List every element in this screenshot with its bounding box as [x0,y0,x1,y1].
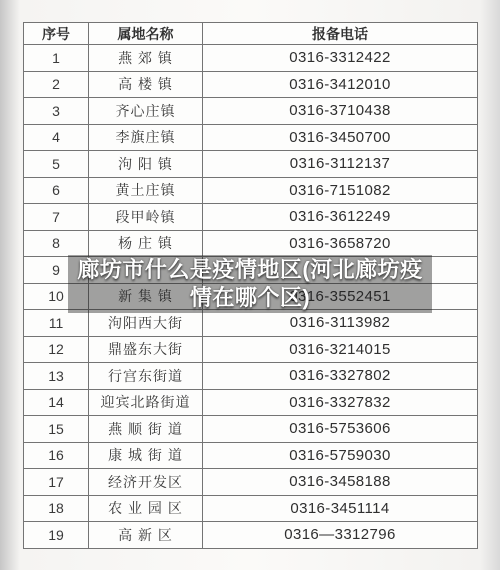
report-phone-cell: 0316-5753606 [203,416,478,443]
report-phone-cell: 0316-5759030 [203,442,478,469]
serial-number-cell: 4 [24,124,89,151]
serial-number-cell: 18 [24,495,89,522]
territory-name-cell: 鼎盛东大街 [89,336,203,363]
serial-number-cell: 13 [24,363,89,390]
territory-name-cell: 迎宾北路街道 [89,389,203,416]
table-row: 18农 业 园 区0316-3451114 [24,495,478,522]
serial-number-cell: 2 [24,71,89,98]
territory-name-cell: 泃阳西大街 [89,310,203,337]
serial-number-cell: 19 [24,522,89,549]
report-phone-cell: 0316-7151082 [203,177,478,204]
table-row: 17经济开发区0316-3458188 [24,469,478,496]
territory-name-cell: 行宫东街道 [89,363,203,390]
territory-name-cell: 康 城 街 道 [89,442,203,469]
serial-number-cell: 8 [24,230,89,257]
serial-number-cell: 5 [24,151,89,178]
serial-number-cell: 1 [24,45,89,72]
serial-number-cell: 7 [24,204,89,231]
territory-name-cell: 高 楼 镇 [89,71,203,98]
table-row: 14迎宾北路街道0316-3327832 [24,389,478,416]
territory-name-cell: 高 新 区 [89,522,203,549]
serial-number-cell: 17 [24,469,89,496]
serial-number-cell: 12 [24,336,89,363]
serial-number-cell: 3 [24,98,89,125]
report-phone-cell: 0316-3412010 [203,71,478,98]
table-row: 1燕 郊 镇0316-3312422 [24,45,478,72]
report-phone-cell: 0316-3327832 [203,389,478,416]
serial-number-cell: 6 [24,177,89,204]
overlay-title-line1: 廊坊市什么是疫情地区(河北廊坊疫 [77,256,422,284]
table-row: 7段甲岭镇0316-3612249 [24,204,478,231]
report-phone-cell: 0316-3312422 [203,45,478,72]
table-row: 5泃 阳 镇0316-3112137 [24,151,478,178]
serial-number-cell: 11 [24,310,89,337]
report-phone-cell: 0316-3112137 [203,151,478,178]
header-serial-number: 序号 [24,23,89,45]
territory-name-cell: 齐心庄镇 [89,98,203,125]
table-header-row: 序号 属地名称 报备电话 [24,23,478,45]
report-phone-cell: 0316-3214015 [203,336,478,363]
table-row: 12鼎盛东大街0316-3214015 [24,336,478,363]
table-row: 4李旗庄镇0316-3450700 [24,124,478,151]
overlay-title-line2: 情在哪个区) [190,284,310,312]
territory-name-cell: 泃 阳 镇 [89,151,203,178]
serial-number-cell: 16 [24,442,89,469]
serial-number-cell: 14 [24,389,89,416]
table-row: 15燕 顺 街 道0316-5753606 [24,416,478,443]
table-row: 13行宫东街道0316-3327802 [24,363,478,390]
article-table-image: 序号 属地名称 报备电话 1燕 郊 镇0316-33124222高 楼 镇031… [0,0,500,570]
report-phone-cell: 0316-3327802 [203,363,478,390]
report-phone-cell: 0316-3113982 [203,310,478,337]
table-row: 2高 楼 镇0316-3412010 [24,71,478,98]
territory-name-cell: 杨 庄 镇 [89,230,203,257]
report-phone-cell: 0316-3451114 [203,495,478,522]
serial-number-cell: 15 [24,416,89,443]
report-phone-cell: 0316-3658720 [203,230,478,257]
table-row: 8杨 庄 镇0316-3658720 [24,230,478,257]
report-phone-cell: 0316-3710438 [203,98,478,125]
table-row: 11泃阳西大街0316-3113982 [24,310,478,337]
territory-name-cell: 燕 顺 街 道 [89,416,203,443]
header-report-phone: 报备电话 [203,23,478,45]
table-row: 19高 新 区0316—3312796 [24,522,478,549]
header-territory-name: 属地名称 [89,23,203,45]
report-phone-cell: 0316—3312796 [203,522,478,549]
territory-name-cell: 黄土庄镇 [89,177,203,204]
table-row: 16康 城 街 道0316-5759030 [24,442,478,469]
report-phone-cell: 0316-3458188 [203,469,478,496]
report-phone-cell: 0316-3612249 [203,204,478,231]
territory-name-cell: 经济开发区 [89,469,203,496]
territory-name-cell: 燕 郊 镇 [89,45,203,72]
table-row: 3齐心庄镇0316-3710438 [24,98,478,125]
territory-name-cell: 段甲岭镇 [89,204,203,231]
table-row: 6黄土庄镇0316-7151082 [24,177,478,204]
report-phone-cell: 0316-3450700 [203,124,478,151]
territory-name-cell: 李旗庄镇 [89,124,203,151]
territory-name-cell: 农 业 园 区 [89,495,203,522]
title-overlay: 廊坊市什么是疫情地区(河北廊坊疫 情在哪个区) [68,255,432,313]
